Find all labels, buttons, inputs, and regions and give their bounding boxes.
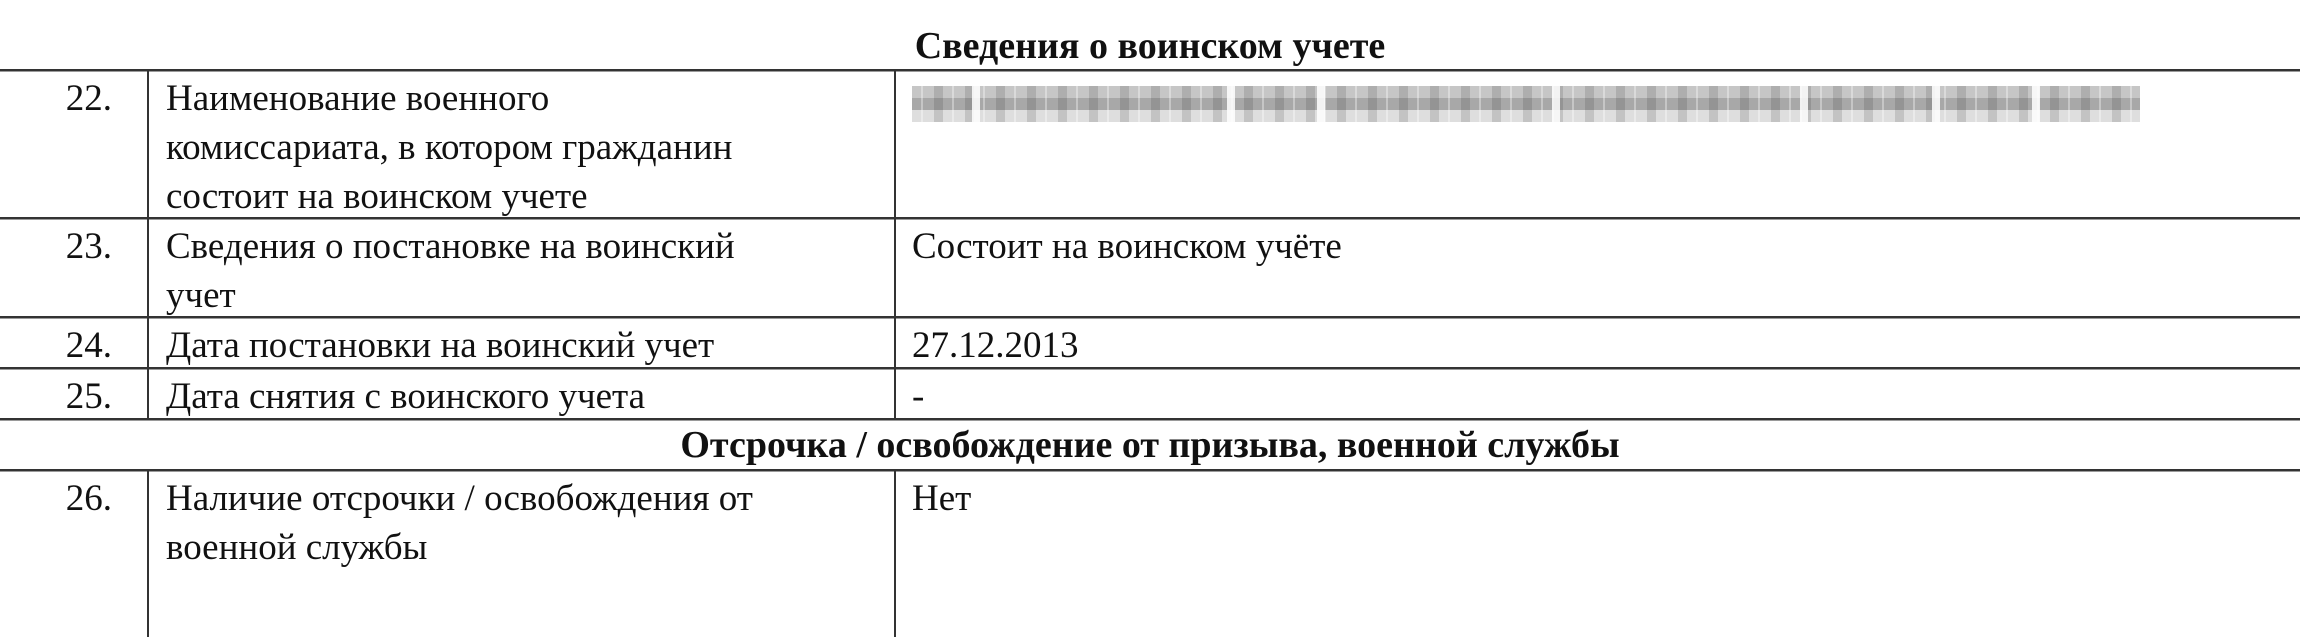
row-label-line: военной службы [166,523,886,572]
row-label: Дата постановки на воинский учет [166,321,886,370]
row-number: 22. [0,74,112,123]
redacted-value [912,86,2140,122]
row-label: Сведения о постановке на воинский учет [166,222,886,320]
row-value: Состоит на воинском учёте [912,222,2282,271]
row-label-line: Наименование военного [166,74,886,123]
row-label-line: комиссариата, в котором гражданин [166,123,886,172]
row-label-line: состоит на воинском учете [166,172,886,221]
column-divider [894,70,896,419]
military-registration-document: Сведения о воинском учете 22. Наименован… [0,0,2300,637]
column-divider [147,470,149,637]
row-value: 27.12.2013 [912,321,2282,370]
section-title-deferment: Отсрочка / освобождение от призыва, воен… [0,420,2300,470]
row-label-line: Дата снятия с воинского учета [166,372,886,421]
column-divider [894,470,896,637]
section-title-military-registration: Сведения о воинском учете [0,21,2300,71]
row-label-line: Наличие отсрочки / освобождения от [166,474,886,523]
row-number: 23. [0,222,112,271]
row-value: - [912,372,2282,421]
row-number: 24. [0,321,112,370]
row-number: 25. [0,372,112,421]
row-label: Наименование военного комиссариата, в ко… [166,74,886,221]
column-divider [147,70,149,419]
row-label: Наличие отсрочки / освобождения от военн… [166,474,886,572]
row-value: Нет [912,474,2282,523]
table-rule [0,69,2300,71]
row-label-line: Дата постановки на воинский учет [166,321,886,370]
row-label: Дата снятия с воинского учета [166,372,886,421]
row-label-line: учет [166,271,886,320]
row-number: 26. [0,474,112,523]
row-label-line: Сведения о постановке на воинский [166,222,886,271]
